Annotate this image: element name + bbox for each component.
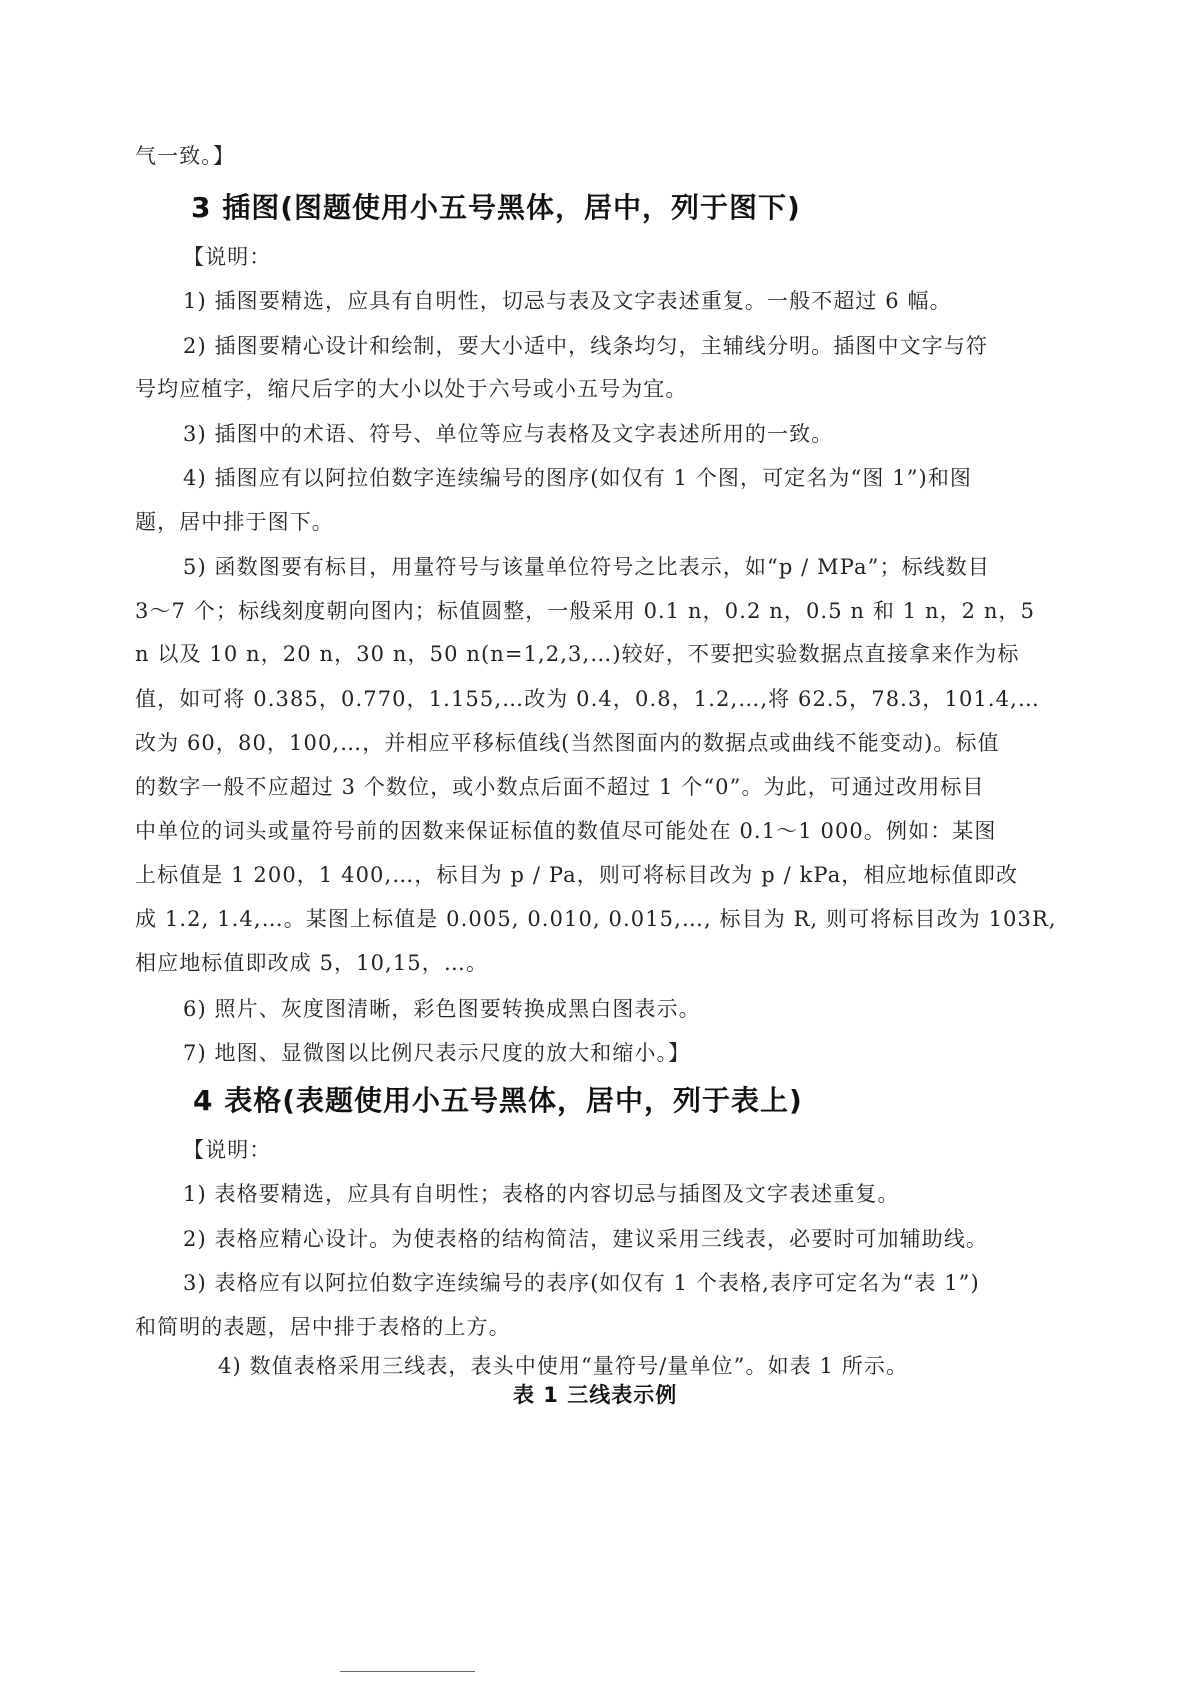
figure-rule-5-line-3: n 以及 10 n，20 n，30 n，50 n(n=1,2,3,…)较好，不要… (135, 640, 1019, 668)
section-heading-figures: 3 插图(图题使用小五号黑体，居中，列于图下) (191, 190, 801, 226)
figure-rule-2-line-1: 2) 插图要精心设计和绘制，要大小适中，线条均匀，主辅线分明。插图中文字与符 (183, 332, 988, 360)
figure-rule-5-line-1: 5) 函数图要有标目，用量符号与该量单位符号之比表示，如“p / MPa”；标线… (183, 553, 990, 581)
figure-rule-5-line-7: 中单位的词头或量符号前的因数来保证标值的数值尽可能处在 0.1～1 000。例如… (135, 817, 997, 845)
figure-rule-5-line-9: 成 1.2, 1.4,…。某图上标值是 0.005, 0.010, 0.015,… (135, 905, 1057, 933)
footnote-separator (340, 1671, 475, 1672)
paragraph-continuation: 气一致。】 (135, 142, 235, 170)
note-label: 【说明： (183, 1136, 271, 1164)
document-page: 气一致。】 3 插图(图题使用小五号黑体，居中，列于图下) 【说明： 1) 插图… (0, 0, 1191, 1683)
figure-rule-4-line-2: 题，居中排于图下。 (135, 508, 334, 536)
figure-rule-5-line-10: 相应地标值即改成 5，10,15，…。 (135, 949, 488, 977)
table-rule-3-line-1: 3) 表格应有以阿拉伯数字连续编号的表序(如仅有 1 个表格,表序可定名为“表 … (183, 1269, 980, 1297)
figure-rule-5-line-2: 3～7 个；标线刻度朝向图内；标值圆整，一般采用 0.1 n，0.2 n，0.5… (135, 597, 1035, 625)
table-rule-3-line-2: 和简明的表题，居中排于表格的上方。 (135, 1313, 511, 1341)
figure-rule-3: 3) 插图中的术语、符号、单位等应与表格及文字表述所用的一致。 (183, 420, 833, 448)
figure-rule-6: 6) 照片、灰度图清晰，彩色图要转换成黑白图表示。 (183, 995, 701, 1023)
table-rule-2: 2) 表格应精心设计。为使表格的结构简洁，建议采用三线表，必要时可加辅助线。 (183, 1225, 988, 1253)
figure-rule-4-line-1: 4) 插图应有以阿拉伯数字连续编号的图序(如仅有 1 个图，可定名为“图 1”)… (183, 464, 972, 492)
figure-rule-7: 7) 地图、显微图以比例尺表示尺度的放大和缩小。】 (183, 1039, 690, 1067)
table-rule-4: 4) 数值表格采用三线表，表头中使用“量符号/量单位”。如表 1 所示。 (218, 1352, 908, 1380)
figure-rule-5-line-8: 上标值是 1 200，1 400,…，标目为 p / Pa，则可将标目改为 p … (135, 861, 1018, 889)
figure-rule-5-line-4: 值，如可将 0.385，0.770，1.155,…改为 0.4，0.8，1.2,… (135, 685, 1040, 713)
note-label: 【说明： (183, 243, 271, 271)
section-heading-tables: 4 表格(表题使用小五号黑体，居中，列于表上) (193, 1083, 803, 1119)
figure-rule-5-line-5: 改为 60，80，100,…，并相应平移标值线(当然图面内的数据点或曲线不能变动… (135, 729, 1000, 757)
figure-rule-2-line-2: 号均应植字，缩尺后字的大小以处于六号或小五号为宜。 (135, 375, 688, 403)
table-rule-1: 1) 表格要精选，应具有自明性；表格的内容切忌与插图及文字表述重复。 (183, 1180, 900, 1208)
table-caption: 表 1 三线表示例 (513, 1381, 677, 1409)
figure-rule-1: 1) 插图要精选，应具有自明性，切忌与表及文字表述重复。一般不超过 6 幅。 (183, 287, 952, 315)
figure-rule-5-line-6: 的数字一般不应超过 3 个数位，或小数点后面不超过 1 个“0”。为此，可通过改… (135, 773, 985, 801)
